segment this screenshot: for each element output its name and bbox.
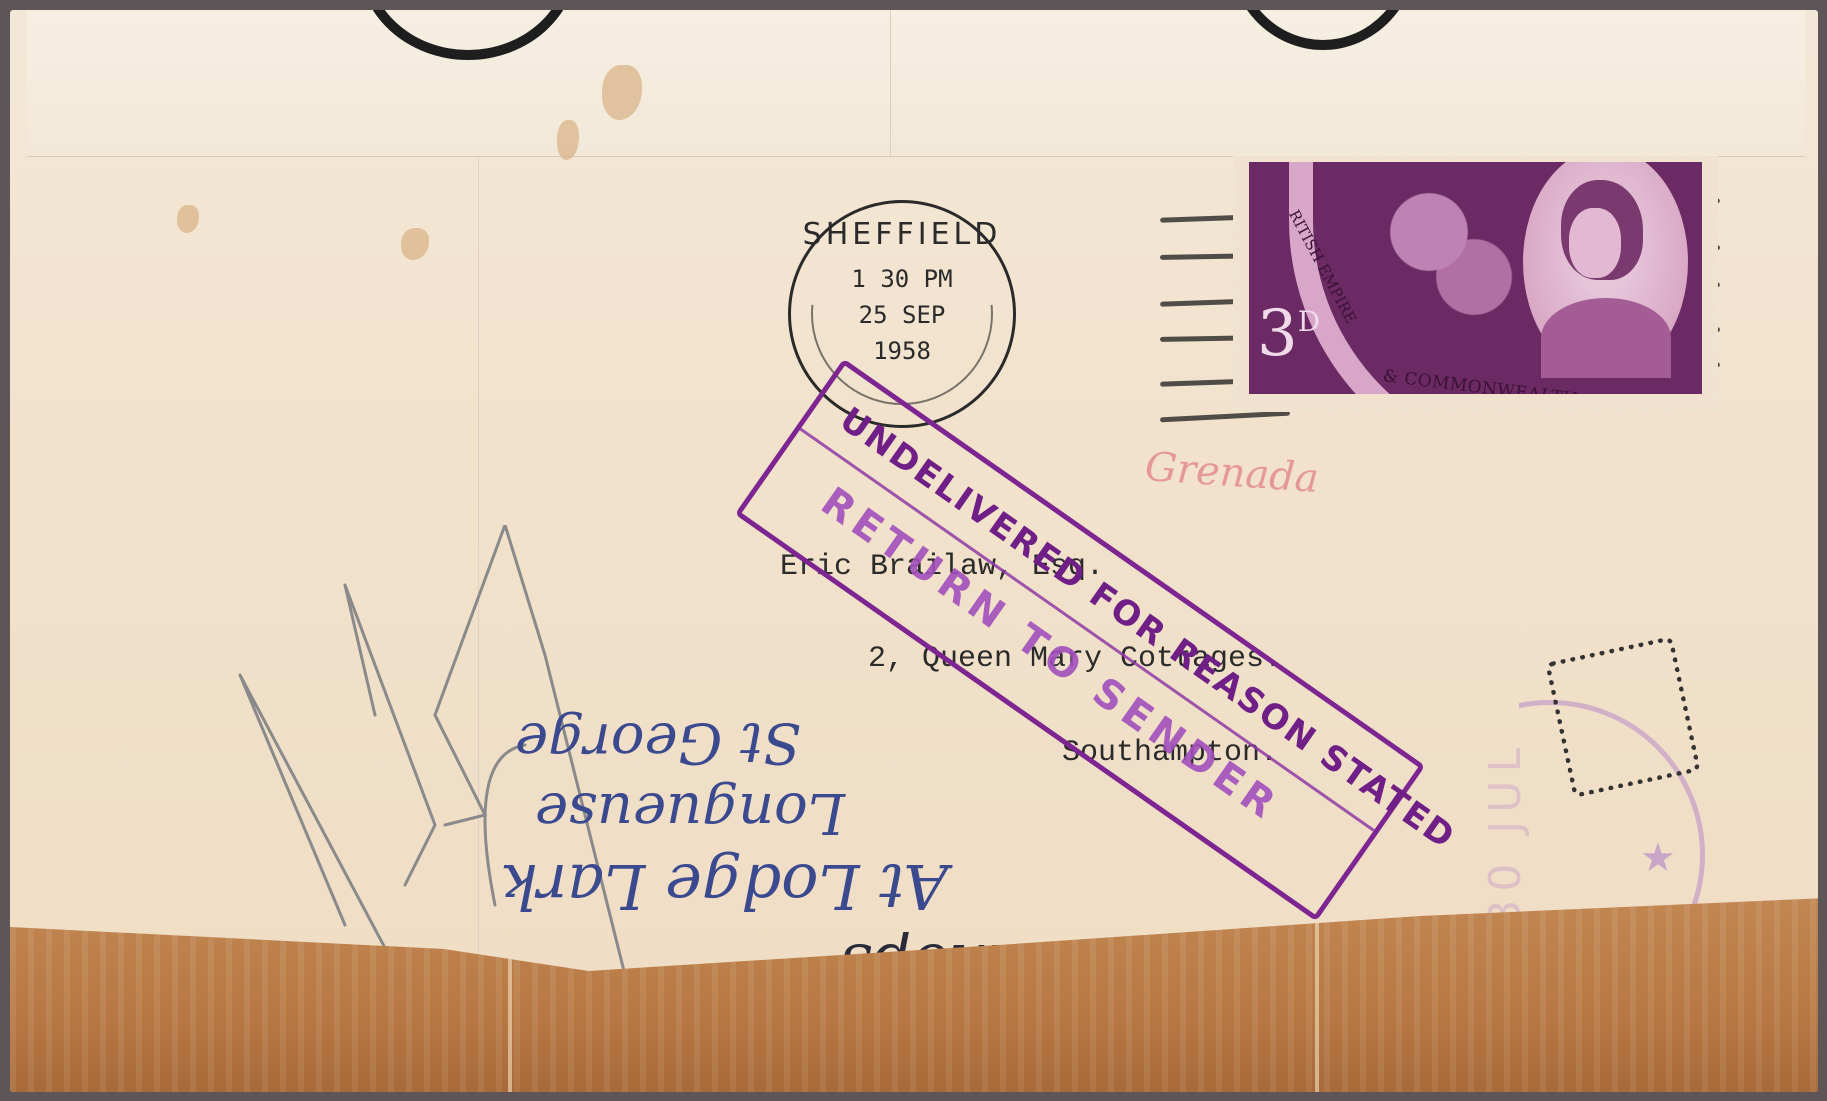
handwriting-line: Longueuse — [535, 780, 845, 845]
stain — [602, 65, 642, 120]
postmark-time: 1 30 PM — [791, 265, 1013, 293]
stamp-design: 3D RITISH EMPIRE & COMMONWEALTH GAMES — [1249, 162, 1702, 394]
red-pencil-note: Grenada — [1144, 444, 1321, 502]
envelope-flap-strip — [27, 10, 1805, 157]
postmark-date: 25 SEP — [791, 301, 1013, 329]
stain — [557, 120, 579, 160]
square-box-mark — [1545, 636, 1701, 798]
postmark-year: 1958 — [791, 337, 1013, 365]
tape-seam — [1315, 902, 1319, 1092]
cancel-line — [1160, 411, 1290, 423]
faint-violet-digits: 30 JUL — [1480, 740, 1531, 928]
dragon-icon — [1369, 172, 1519, 322]
stamp-value-number: 3 — [1257, 297, 1298, 371]
queen-portrait — [1523, 162, 1688, 376]
stain — [401, 228, 429, 260]
stamp-value: 3D — [1257, 302, 1320, 366]
stamp-value-suffix: D — [1298, 305, 1320, 338]
postage-stamp: 3D RITISH EMPIRE & COMMONWEALTH GAMES — [1233, 156, 1718, 412]
star-icon: ★ — [1640, 835, 1676, 881]
envelope: 3D RITISH EMPIRE & COMMONWEALTH GAMES SH… — [10, 10, 1818, 1092]
handwriting-line: St George — [515, 710, 801, 775]
portrait-shoulders — [1541, 298, 1671, 378]
flap-seam — [890, 10, 891, 156]
postmark-town: SHEFFIELD — [791, 217, 1013, 252]
handwriting-line: At Lodge Lark — [500, 850, 948, 923]
stain — [177, 205, 199, 233]
tape-seam — [508, 942, 512, 1092]
portrait-face — [1569, 208, 1621, 278]
